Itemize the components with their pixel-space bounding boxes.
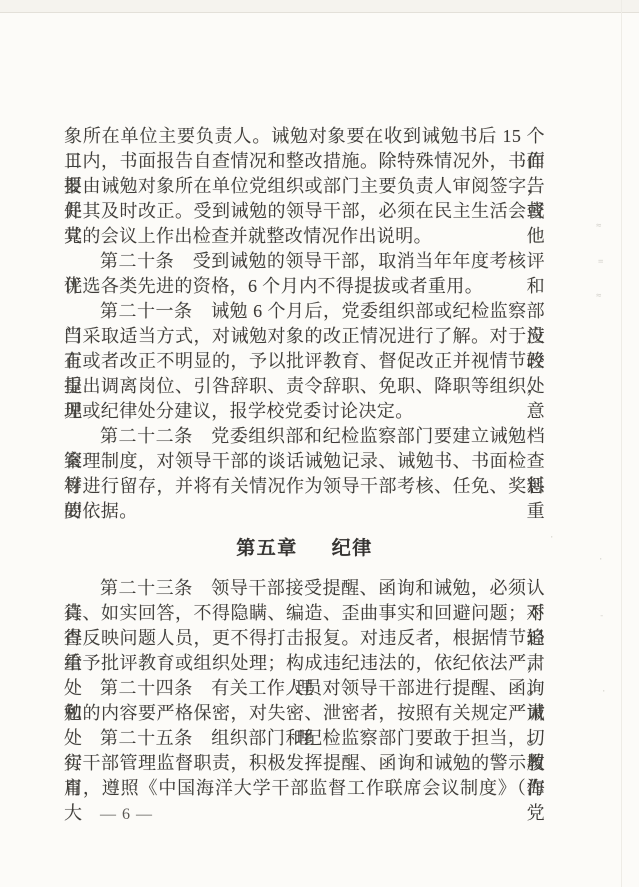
chapter-number: 第五章: [236, 538, 298, 559]
scan-edge-strip: [0, 0, 639, 12]
document-line: 用，遵照《中国海洋大学干部监督工作联席会议制度》（海大党: [64, 776, 545, 801]
scan-artifact: -: [599, 612, 604, 621]
document-line-article-21: 第二十一条 诫勉 6 个月后，党委组织部或纪检监察部门应: [64, 299, 545, 324]
scanned-document-page: 象所在单位主要负责人。诫勉对象要在收到诫勉书后 15 个工作 日内，书面报告自查…: [0, 0, 639, 887]
document-line-article-24: 第二十四条 有关工作人员对领导干部进行提醒、函询和诫: [64, 676, 545, 701]
scan-edge-line-right: [621, 0, 622, 887]
document-line: 当采取适当方式，对诫勉对象的改正情况进行了解。对于没有改: [64, 324, 545, 349]
document-line: 评选各类先进的资格，6 个月内不得提拔或者重用。: [64, 274, 545, 299]
scan-artifact: ·: [601, 688, 606, 697]
page-number: — 6 —: [100, 806, 153, 824]
document-line: 日内，书面报告自查情况和整改措施。除特殊情况外，书面报告: [64, 149, 545, 174]
document-line-article-25: 第二十五条 组织部门和纪检监察部门要敢于担当，切实履: [64, 726, 545, 751]
document-body: 象所在单位主要负责人。诫勉对象要在收到诫勉书后 15 个工作 日内，书面报告自查…: [64, 124, 545, 801]
chapter-title: 纪律: [332, 538, 373, 559]
scan-artifact: ·: [598, 556, 603, 565]
document-line: 管理制度，对领导干部的谈话诫勉记录、诫勉书、书面检查材料: [64, 449, 545, 474]
document-line: 象所在单位主要负责人。诫勉对象要在收到诫勉书后 15 个工作: [64, 124, 545, 149]
document-line: 促其及时改正。受到诫勉的领导干部，必须在民主生活会或其他: [64, 199, 545, 224]
document-line-article-22: 第二十二条 党委组织部和纪检监察部门要建立诫勉档案: [64, 424, 545, 449]
scan-artifact: =: [598, 258, 603, 267]
document-line: 等进行留存，并将有关情况作为领导干部考核、任免、奖惩的重: [64, 474, 545, 499]
document-line: 查反映问题人员，更不得打击报复。对违反者，根据情节轻重，: [64, 626, 545, 651]
scan-artifact: ≈: [596, 222, 601, 231]
document-line-article-23: 第二十三条 领导干部接受提醒、函询和诫勉，必须认真对: [64, 576, 545, 601]
document-line: 正或者改正不明显的，予以批评教育、督促改正并视情节轻重，: [64, 349, 545, 374]
scan-artifact: ·: [549, 534, 554, 543]
document-line: 给予批评教育或组织处理；构成违纪违法的，依纪依法严肃处理。: [64, 651, 545, 676]
document-line: 要由诫勉对象所在单位党组织或部门主要负责人审阅签字，并督: [64, 174, 545, 199]
document-line: 勉的内容要严格保密，对失密、泄密者，按照有关规定严肃处理。: [64, 701, 545, 726]
document-line-article-20: 第二十条 受到诫勉的领导干部，取消当年年度考核评优和: [64, 249, 545, 274]
document-line: 提出调离岗位、引咎辞职、责令辞职、免职、降职等组织处理意: [64, 374, 545, 399]
scan-edge-line-top: [0, 12, 639, 13]
chapter-heading: 第五章纪律: [64, 536, 545, 561]
scan-artifact: ≈: [596, 292, 601, 301]
document-line: 行干部管理监督职责，积极发挥提醒、函询和诫勉的警示教育作: [64, 751, 545, 776]
document-line: 待、如实回答，不得隐瞒、编造、歪曲事实和回避问题；不得追: [64, 601, 545, 626]
